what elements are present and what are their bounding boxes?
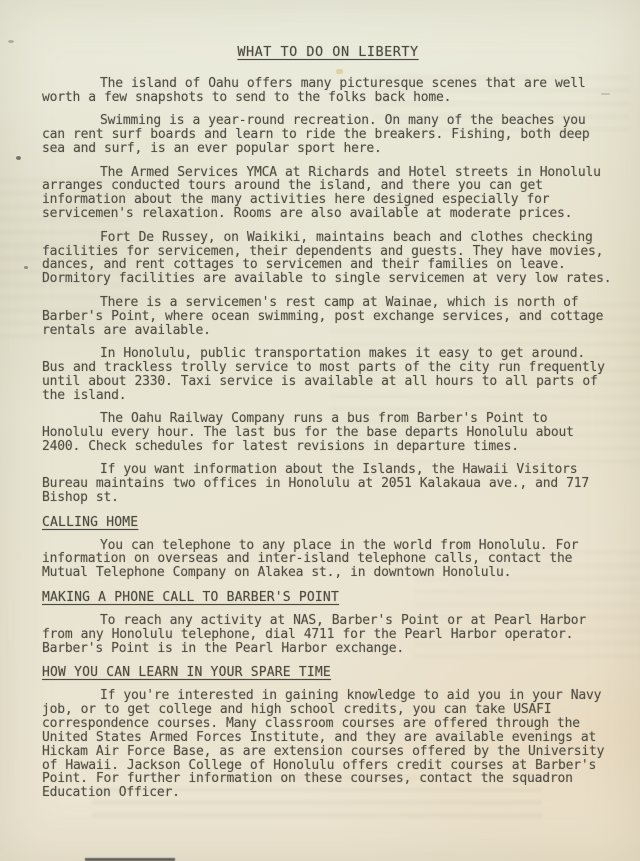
paragraph-transportation: In Honolulu, public transportation makes… [42,347,614,403]
section-heading-calling-home: CALLING HOME [42,515,614,530]
page-title: WHAT TO DO ON LIBERTY [42,44,614,60]
paragraph-swimming: Swimming is a year-round recreation. On … [42,114,614,156]
paragraph-oahu-scenes: The island of Oahu offers many picturesq… [42,77,614,105]
paragraph-fort-de-russey: Fort De Russey, on Waikiki, maintains be… [42,231,614,287]
paragraph-oahu-railway: The Oahu Railway Company runs a bus from… [42,412,614,454]
paragraph-dial-4711: To reach any activity at NAS, Barber's P… [42,614,614,656]
document-page: WHAT TO DO ON LIBERTY The island of Oahu… [0,0,640,861]
section-heading-spare-time: HOW YOU CAN LEARN IN YOUR SPARE TIME [42,665,614,680]
scanned-document: { "colors": { "paper": "#e9e7d6", "paper… [0,0,640,861]
section-heading-phone-call: MAKING A PHONE CALL TO BARBER'S POINT [42,590,614,605]
paragraph-visitors-bureau: If you want information about the Island… [42,463,614,505]
paragraph-usafi-courses: If you're interested in gaining knowledg… [42,689,614,800]
paragraph-rest-camp: There is a servicemen's rest camp at Wai… [42,296,614,338]
paragraph-ymca: The Armed Services YMCA at Richards and … [42,166,614,222]
text-column: WHAT TO DO ON LIBERTY The island of Oahu… [42,44,614,800]
paragraph-telephone: You can telephone to any place in the wo… [42,539,614,581]
